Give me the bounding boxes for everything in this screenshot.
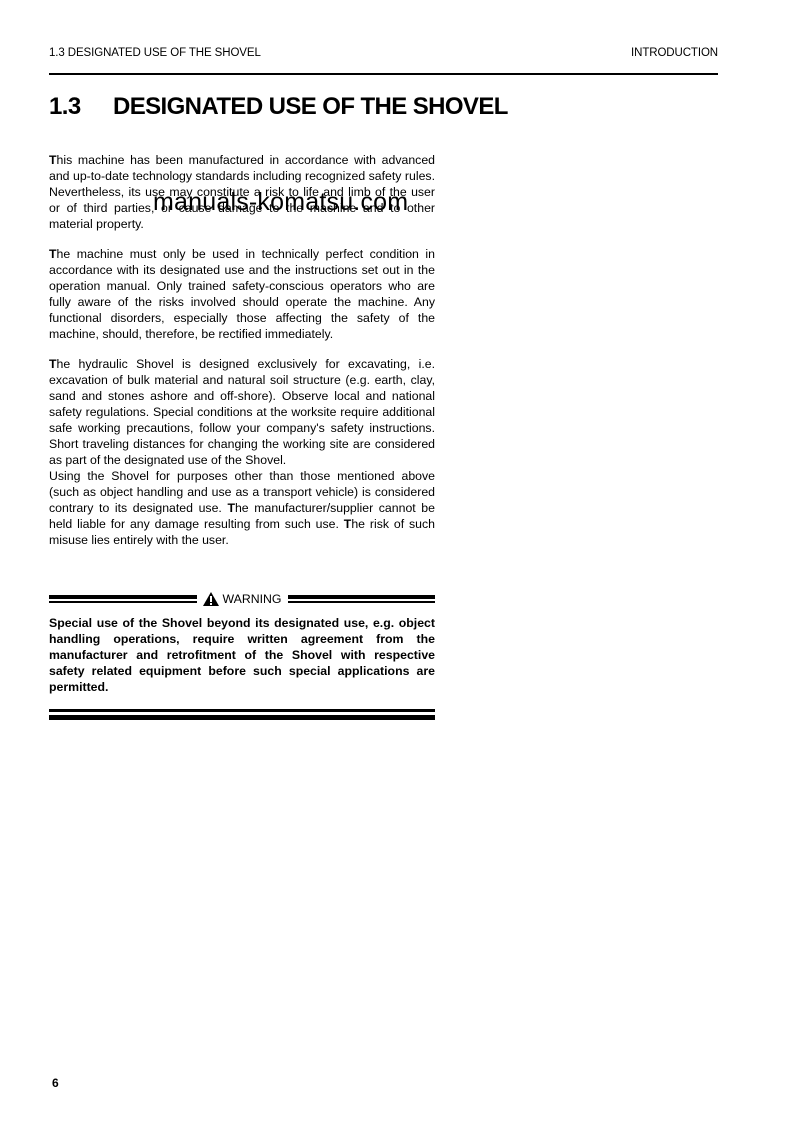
section-title: DESIGNATED USE OF THE SHOVEL <box>113 93 508 120</box>
warning-rule-left <box>49 595 197 603</box>
warning-title-row: WARNING <box>49 591 435 607</box>
paragraph-text: he hydraulic Shovel is designed exclusiv… <box>49 357 435 467</box>
initial-letter: T <box>49 247 57 261</box>
page-number: 6 <box>52 1076 59 1090</box>
initial-letter: T <box>49 153 57 167</box>
warning-bottom-rule <box>49 709 435 720</box>
initial-letter: T <box>49 357 57 371</box>
warning-triangle-icon <box>203 592 219 606</box>
warning-label: WARNING <box>223 592 282 606</box>
header-rule <box>49 73 718 75</box>
warning-rule-right <box>288 595 436 603</box>
section-heading: 1.3DESIGNATED USE OF THE SHOVEL <box>49 93 508 121</box>
paragraph-misuse: Using the Shovel for purposes other than… <box>49 468 435 548</box>
initial-letter: T <box>227 501 235 515</box>
watermark: manuals-komatsu.com <box>153 188 408 217</box>
warning-box: WARNING Special use of the Shovel beyond… <box>49 591 435 720</box>
running-header-section: 1.3 DESIGNATED USE OF THE SHOVEL <box>49 47 261 59</box>
running-header-chapter: INTRODUCTION <box>631 47 718 59</box>
paragraph-designated-use: The hydraulic Shovel is designed exclusi… <box>49 356 435 468</box>
paragraph-condition: The machine must only be used in technic… <box>49 246 435 342</box>
section-number: 1.3 <box>49 93 113 121</box>
warning-text: Special use of the Shovel beyond its des… <box>49 615 435 695</box>
paragraph-text: he machine must only be used in technica… <box>49 247 435 341</box>
